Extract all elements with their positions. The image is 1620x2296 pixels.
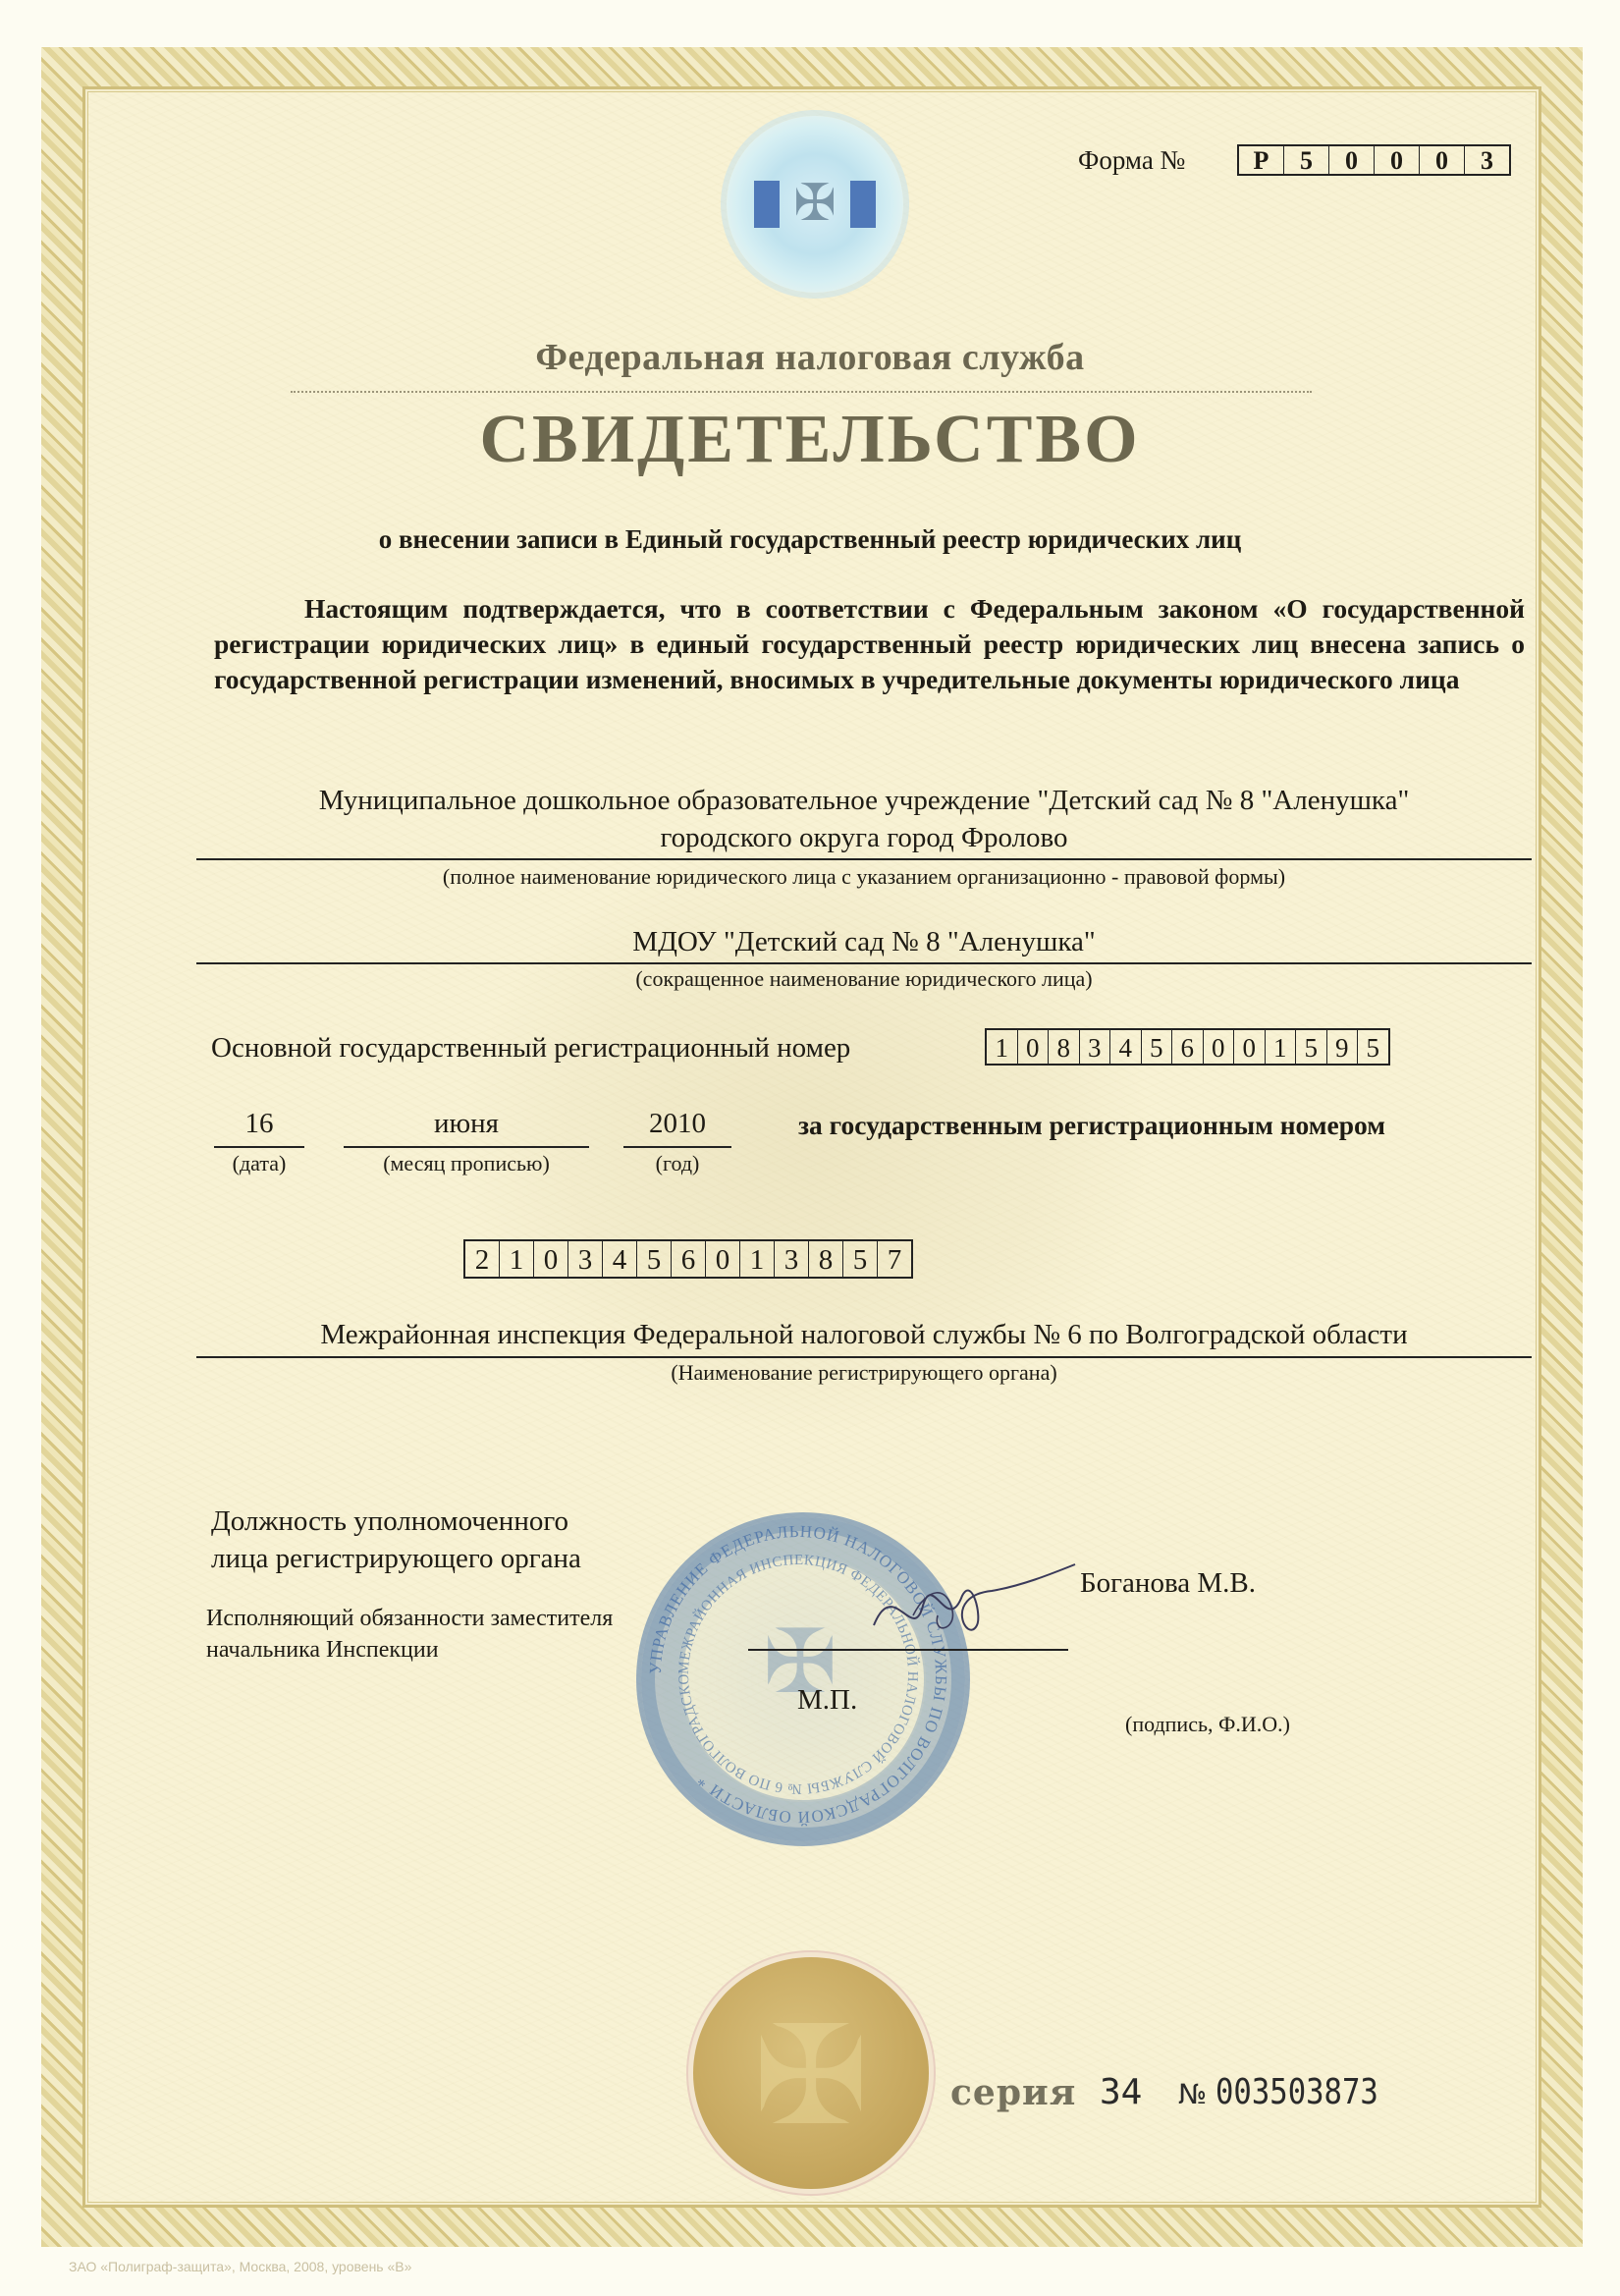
month-underline [344,1146,589,1148]
digit-cell: 6 [671,1241,705,1277]
issuer-name: Федеральная налоговая служба [0,336,1620,379]
year-underline [623,1146,731,1148]
entity-full-name-caption: (полное наименование юридического лица с… [196,864,1532,890]
position-value-line1: Исполняющий обязанности заместителя [206,1603,613,1634]
digit-cell: 4 [602,1241,636,1277]
digit-cell: 0 [1233,1030,1265,1064]
position-label: Должность уполномоченного лица регистрир… [211,1503,581,1577]
digit-cell: Р [1239,146,1283,174]
handwritten-signature [854,1557,1080,1665]
digit-cell: 7 [877,1241,911,1277]
seal-place-mark: М.П. [797,1684,857,1717]
digit-cell: 5 [842,1241,877,1277]
signatory-name: Боганова М.В. [1080,1567,1256,1600]
series-label: серия [950,2072,1076,2113]
day-underline [214,1146,304,1148]
entity-full-name-underline [196,858,1532,860]
blank-serial-number: 003503873 [1215,2072,1378,2112]
digit-cell: 0 [1374,146,1419,174]
digit-cell: 3 [1079,1030,1110,1064]
digit-cell: 8 [808,1241,842,1277]
digit-cell: 5 [1283,146,1328,174]
hologram-band-left [754,181,780,228]
number-sign: № [1178,2078,1207,2110]
statement-text: Настоящим подтверждается, что в соответс… [214,593,1525,694]
registration-number-intro: за государственным регистрационным номер… [798,1110,1385,1141]
double-headed-eagle-icon: ✠ [785,167,844,242]
digit-cell: 0 [1419,146,1464,174]
registration-day: 16 [214,1108,304,1140]
digit-cell: 0 [1203,1030,1234,1064]
registering-authority-underline [196,1356,1532,1358]
position-label-line1: Должность уполномоченного [211,1503,581,1540]
digit-cell: 1 [987,1030,1017,1064]
digit-cell: 5 [1357,1030,1388,1064]
issuer-divider [291,391,1312,393]
document-subtitle: о внесении записи в Единый государственн… [0,524,1620,555]
digit-cell: 0 [533,1241,567,1277]
position-value: Исполняющий обязанности заместителя нача… [206,1603,613,1666]
position-label-line2: лица регистрирующего органа [211,1540,581,1577]
document-title: СВИДЕТЕЛЬСТВО [0,401,1620,479]
series-number: 34 [1100,2072,1142,2112]
entity-short-name-caption: (сокращенное наименование юридического л… [196,966,1532,992]
printer-imprint: ЗАО «Полиграф-защита», Москва, 2008, уро… [69,2259,411,2274]
grn-boxes: 2103456013857 [463,1239,913,1279]
digit-cell: 9 [1326,1030,1358,1064]
digit-cell: 5 [636,1241,671,1277]
digit-cell: 0 [705,1241,739,1277]
form-number-label: Форма № [1078,145,1185,176]
year-caption: (год) [623,1151,731,1176]
digit-cell: 5 [1295,1030,1326,1064]
ogrn-label: Основной государственный регистрационный… [211,1032,850,1065]
digit-cell: 4 [1109,1030,1141,1064]
entity-full-name-line1: Муниципальное дошкольное образовательное… [196,782,1532,819]
form-number-boxes: Р50003 [1237,144,1511,176]
position-value-line2: начальника Инспекции [206,1634,613,1666]
signature-caption: (подпись, Ф.И.О.) [1125,1712,1290,1737]
registration-year: 2010 [623,1108,731,1140]
digit-cell: 3 [774,1241,808,1277]
digit-cell: 0 [1017,1030,1049,1064]
digit-cell: 3 [1464,146,1509,174]
digit-cell: 3 [567,1241,602,1277]
month-caption: (месяц прописью) [344,1151,589,1176]
hologram-emblem: ✠ [727,116,903,293]
digit-cell: 1 [739,1241,774,1277]
digit-cell: 2 [465,1241,499,1277]
registering-authority-name: Межрайонная инспекция Федеральной налого… [196,1316,1532,1353]
digit-cell: 1 [1265,1030,1296,1064]
embossed-eagle-icon: ✠ [693,1996,929,2157]
digit-cell: 0 [1328,146,1374,174]
entity-short-name: МДОУ "Детский сад № 8 "Аленушка" [196,923,1532,960]
digit-cell: 1 [499,1241,533,1277]
digit-cell: 6 [1171,1030,1203,1064]
registering-authority-caption: (Наименование регистрирующего органа) [196,1360,1532,1386]
hologram-band-right [850,181,876,228]
entity-full-name-line2: городского округа город Фролово [196,819,1532,856]
ogrn-boxes: 1083456001595 [985,1028,1390,1066]
digit-cell: 5 [1141,1030,1172,1064]
day-caption: (дата) [214,1151,304,1176]
gold-embossed-seal: ✠ [693,1957,929,2189]
digit-cell: 8 [1048,1030,1079,1064]
statement-paragraph: Настоящим подтверждается, что в соответс… [214,591,1525,697]
registration-month: июня [344,1108,589,1140]
entity-short-name-underline [196,962,1532,964]
